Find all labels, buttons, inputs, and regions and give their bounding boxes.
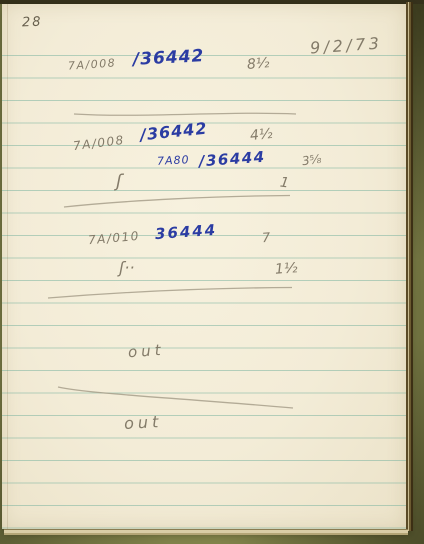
row3-value: 3⅝ (301, 152, 322, 169)
row2-value: 4½ (249, 126, 273, 144)
row1-value: 8½ (246, 55, 270, 73)
page-number: 28 (22, 15, 43, 31)
row4-shilling-mark: ʃ (116, 171, 122, 192)
row3-ink-prefix: 7A80 (157, 153, 190, 168)
row6-value: 1½ (274, 260, 298, 278)
notebook-paper (2, 4, 406, 529)
page-stack-edge-right (406, 2, 413, 531)
row5-value: 7 (261, 231, 270, 247)
page-stack-edge-bottom (4, 529, 408, 535)
left-page-crease (7, 4, 8, 529)
scanned-notebook-page: 28 9/2/73 7A/008 /36442 8½ 7A/008 /36442… (0, 0, 424, 544)
row6-shilling-mark: ʃ·· (119, 258, 135, 277)
out-note-2: out (124, 412, 163, 433)
row1-ink-number: /36442 (133, 46, 205, 70)
out-note-1: out (127, 341, 165, 362)
